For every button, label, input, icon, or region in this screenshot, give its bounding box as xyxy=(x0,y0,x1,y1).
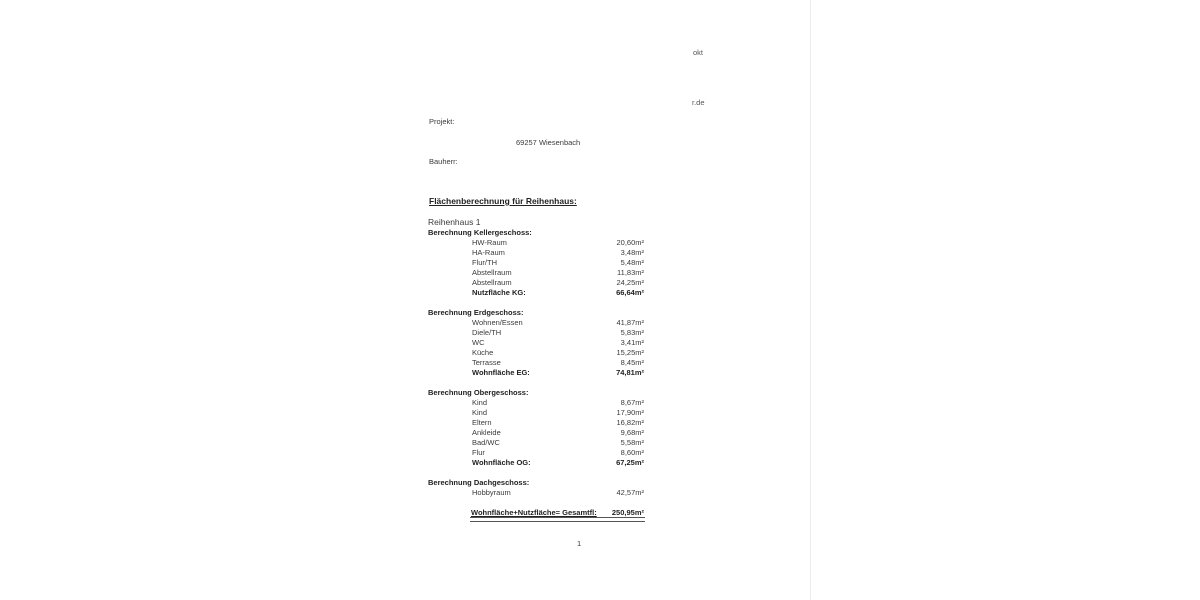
room-area: 5,83m² xyxy=(564,328,644,337)
document-page: okt r.de Projekt: 69257 Wiesenbach Bauhe… xyxy=(0,0,810,600)
room-area: 24,25m² xyxy=(564,278,644,287)
room-name: Abstellraum xyxy=(472,268,512,277)
room-area: 17,90m² xyxy=(564,408,644,417)
section-total-value: 67,25m² xyxy=(564,458,644,467)
section-total-label: Wohnfläche EG: xyxy=(472,368,530,377)
room-area: 15,25m² xyxy=(564,348,644,357)
section-heading: Berechnung Erdgeschoss: xyxy=(428,308,523,317)
room-name: Eltern xyxy=(472,418,492,427)
room-area: 5,48m² xyxy=(564,258,644,267)
room-area: 9,68m² xyxy=(564,428,644,437)
document-title: Flächenberechnung für Reihenhaus: xyxy=(429,197,577,206)
room-area: 8,67m² xyxy=(564,398,644,407)
room-name: WC xyxy=(472,338,485,347)
section-heading: Berechnung Obergeschoss: xyxy=(428,388,528,397)
header-fragment-1: okt xyxy=(693,48,703,57)
section-total-value: 66,64m² xyxy=(564,288,644,297)
header-fragment-2: r.de xyxy=(692,98,705,107)
section-total-label: Nutzfläche KG: xyxy=(472,288,526,297)
room-area: 8,60m² xyxy=(564,448,644,457)
room-name: Kind xyxy=(472,398,487,407)
room-area: 8,45m² xyxy=(564,358,644,367)
room-name: Kind xyxy=(472,408,487,417)
room-area: 16,82m² xyxy=(564,418,644,427)
room-area: 3,41m² xyxy=(564,338,644,347)
section-heading: Berechnung Kellergeschoss: xyxy=(428,228,532,237)
room-name: Flur/TH xyxy=(472,258,497,267)
room-name: Flur xyxy=(472,448,485,457)
room-name: HW-Raum xyxy=(472,238,507,247)
room-area: 20,60m² xyxy=(564,238,644,247)
page-number: 1 xyxy=(577,539,581,548)
section-heading: Berechnung Dachgeschoss: xyxy=(428,478,529,487)
room-name: Abstellraum xyxy=(472,278,512,287)
room-name: Hobbyraum xyxy=(472,488,511,497)
project-label: Projekt: xyxy=(429,117,454,126)
section-total-value: 74,81m² xyxy=(564,368,644,377)
room-name: HA-Raum xyxy=(472,248,505,257)
room-name: Terrasse xyxy=(472,358,501,367)
page-edge-divider xyxy=(810,0,811,600)
owner-label: Bauherr: xyxy=(429,157,458,166)
room-name: Küche xyxy=(472,348,493,357)
room-area: 5,58m² xyxy=(564,438,644,447)
room-area: 42,57m² xyxy=(564,488,644,497)
room-area: 11,83m² xyxy=(564,268,644,277)
room-name: Ankleide xyxy=(472,428,501,437)
house-heading: Reihenhaus 1 xyxy=(428,218,480,227)
room-name: Diele/TH xyxy=(472,328,501,337)
room-area: 41,87m² xyxy=(564,318,644,327)
room-name: Wohnen/Essen xyxy=(472,318,523,327)
grand-total-value: 250,95m² xyxy=(564,508,644,517)
grand-total-double-underline xyxy=(470,517,645,522)
section-total-label: Wohnfläche OG: xyxy=(472,458,531,467)
room-name: Bad/WC xyxy=(472,438,500,447)
project-address: 69257 Wiesenbach xyxy=(516,138,580,147)
room-area: 3,48m² xyxy=(564,248,644,257)
